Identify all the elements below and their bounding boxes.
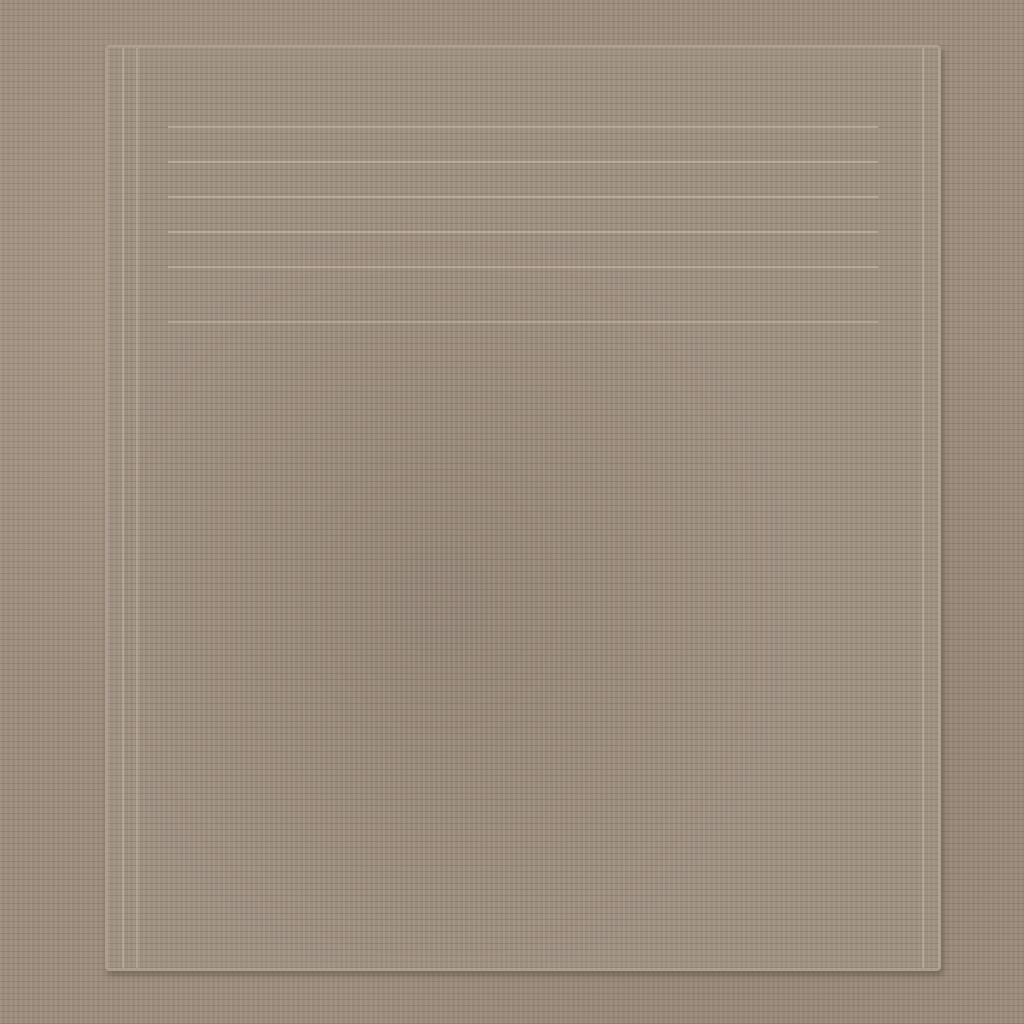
fabric-pocket <box>105 45 941 971</box>
woven-stripe <box>168 126 878 128</box>
pocket-side-seam <box>922 48 924 968</box>
woven-stripe <box>168 196 878 198</box>
pocket-side-seam <box>136 48 138 968</box>
woven-stripe <box>168 161 878 163</box>
pocket-side-seam <box>122 48 124 968</box>
pocket-striped-band <box>168 56 878 323</box>
woven-stripe <box>168 266 878 268</box>
woven-stripe <box>168 231 878 233</box>
